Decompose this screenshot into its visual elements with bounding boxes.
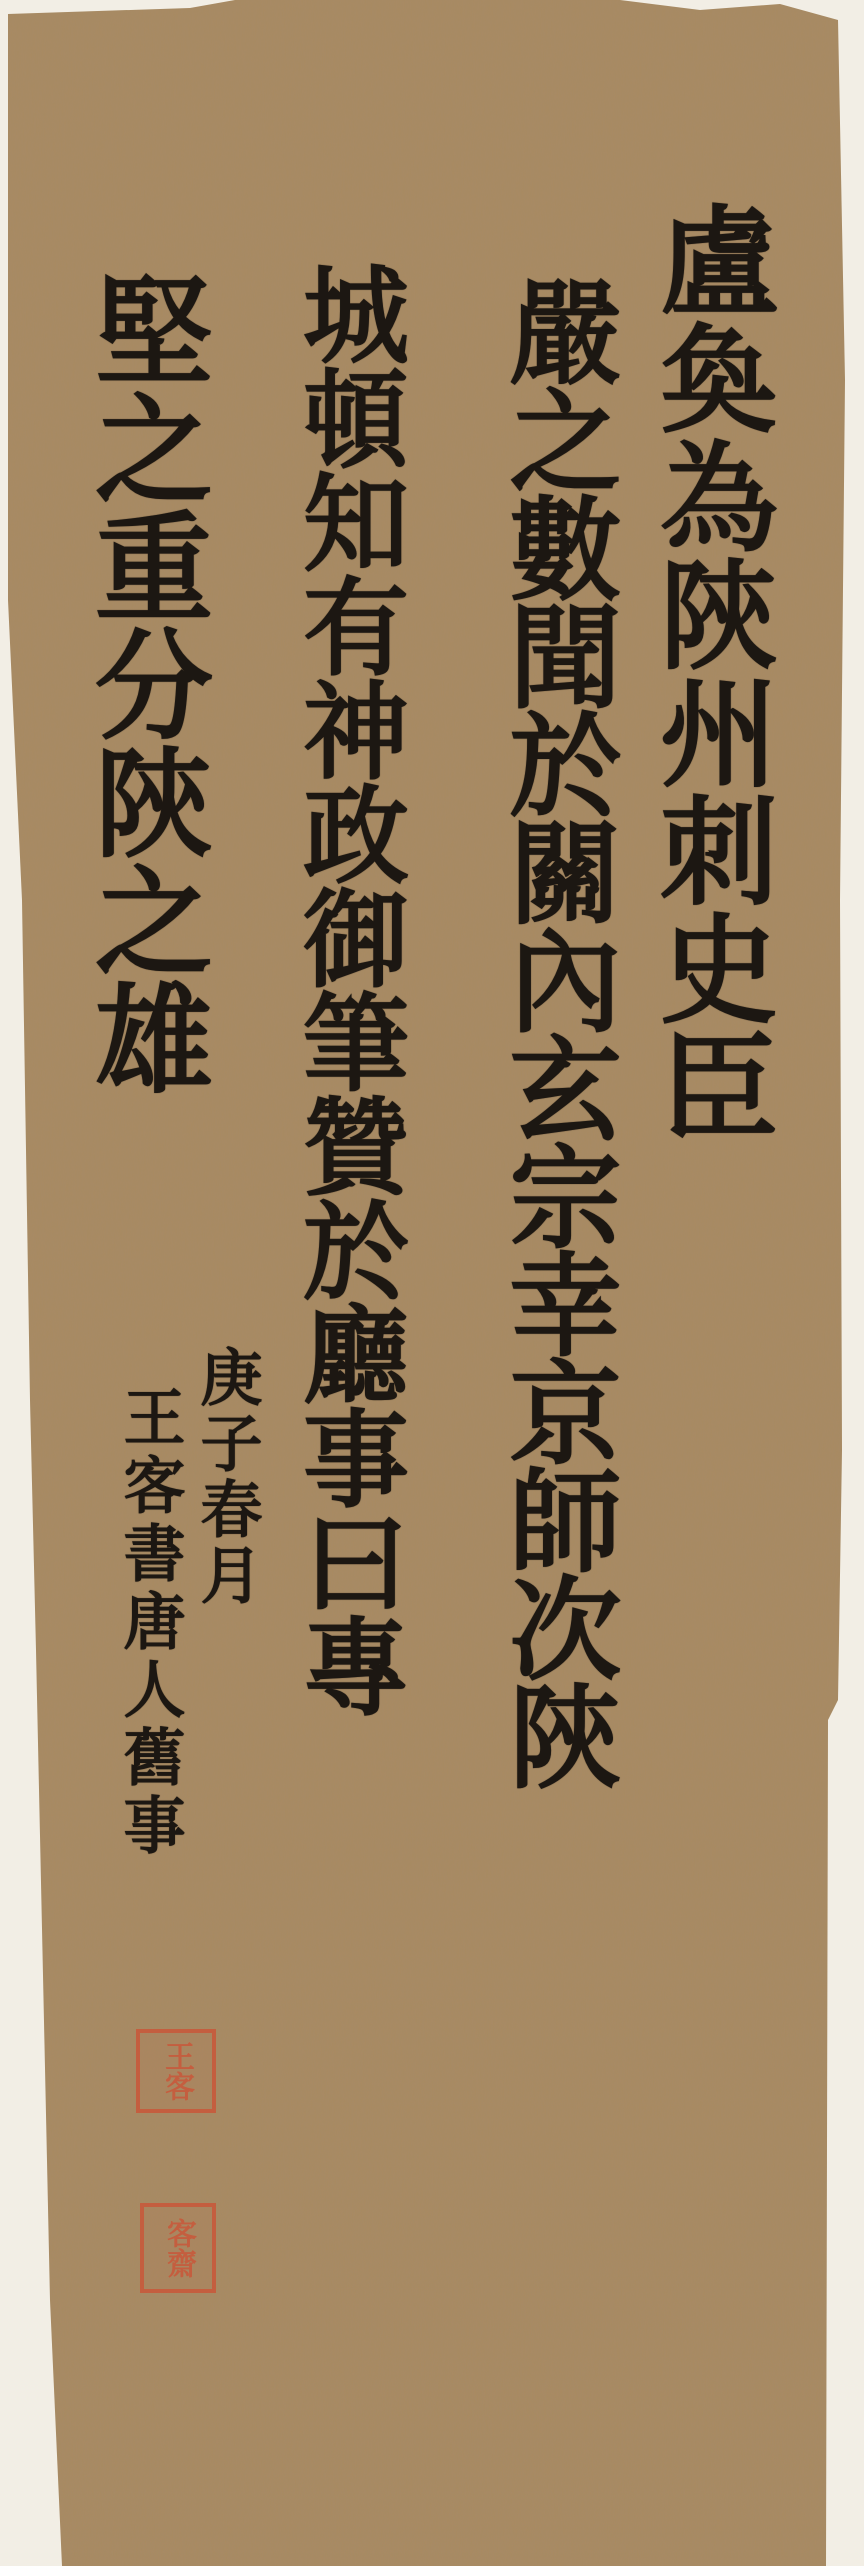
calligraphy-column-1: 盧奐為陝州刺史臣: [650, 200, 768, 1144]
seal-name: 王客: [136, 2029, 216, 2113]
seal-studio: 客齋: [140, 2203, 216, 2293]
calligraphy-column-3: 城頓知有神政御筆贊於廳事曰專: [295, 260, 401, 1716]
calligraphy-column-2: 嚴之數聞於關內玄宗幸京師次陝: [500, 275, 612, 1787]
inscription-date: 庚子春月: [195, 1345, 257, 1609]
calligraphy-column-4: 堅之重分陝之雄: [85, 270, 203, 1096]
inscription-signature: 王客書唐人舊事: [118, 1385, 180, 1861]
